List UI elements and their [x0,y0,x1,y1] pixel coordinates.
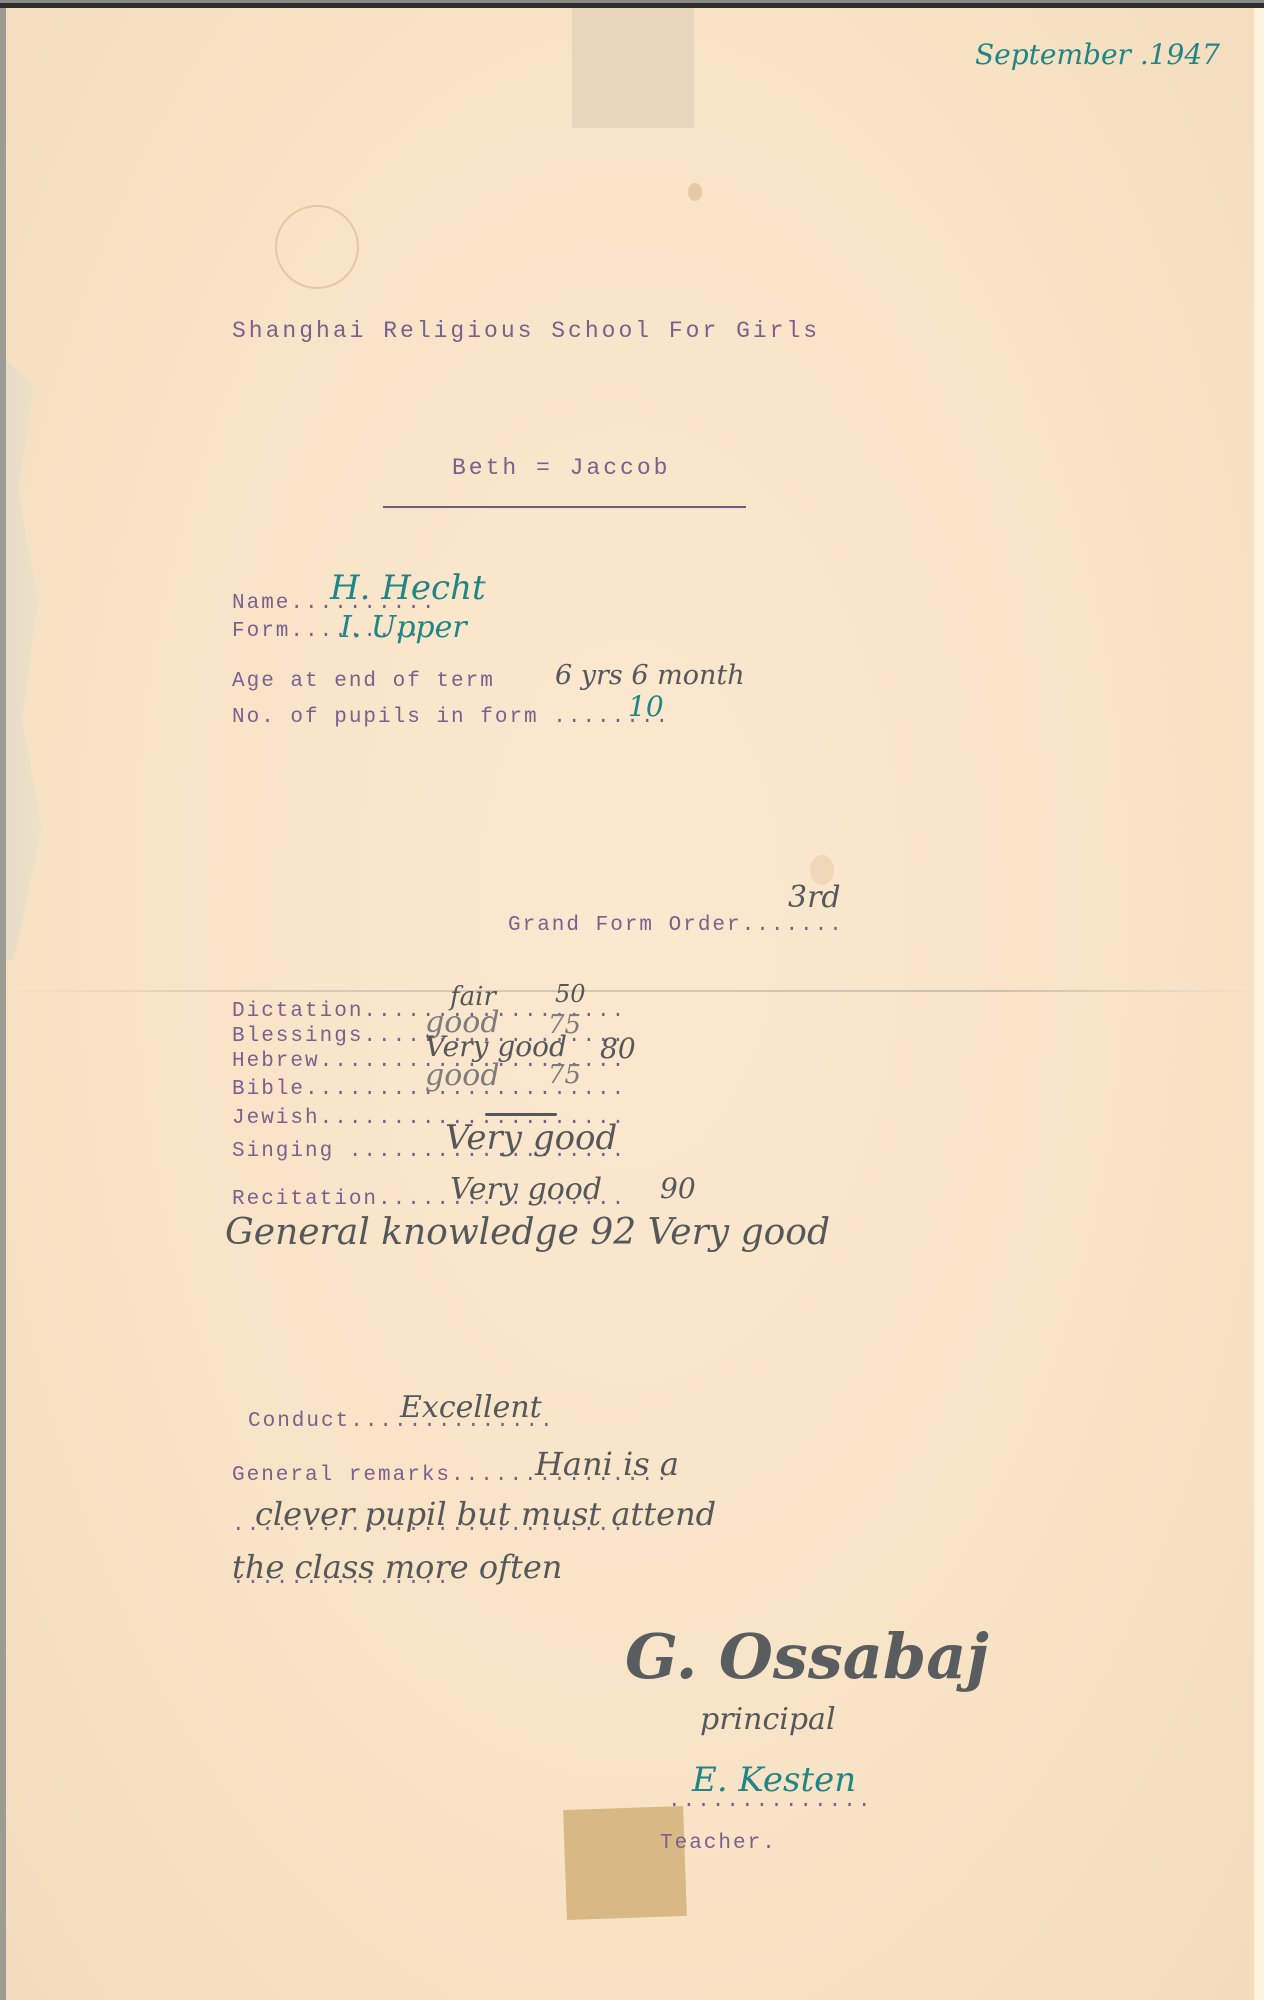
principal-title: principal [700,1702,836,1737]
subject-grade-recitation: Very good [450,1172,602,1207]
principal-signature: G. Ossabaj [625,1620,989,1693]
conduct-value: Excellent [400,1390,542,1425]
jewish-dash-mark [485,1113,557,1116]
subtitle-underline [383,506,746,508]
subject-score-dictation: 50 [555,980,586,1008]
tape-bottom [563,1806,687,1920]
age-label: Age at end of term [232,670,509,693]
name-value: H. Hecht [330,568,486,608]
teacher-dots: .............. [668,1790,872,1813]
stain-spot [688,183,702,201]
remarks-line-3: the class more often [232,1548,562,1586]
general-knowledge: General knowledge 92 Very good [225,1212,830,1253]
document-date: September .1947 [975,38,1220,71]
subject-score-recitation: 90 [660,1172,696,1205]
subject-grade-bible: good [425,1058,500,1093]
subject-score-hebrew: 80 [600,1032,636,1065]
teacher-label: Teacher. [660,1832,777,1855]
subject-grade-singing: Very good [445,1118,617,1158]
scan-right-edge [1254,8,1264,2000]
form-value: I. Upper [340,610,467,645]
stain-ring [275,205,359,289]
pupils-label: No. of pupils in form ........ [232,706,670,729]
age-value: 6 yrs 6 month [555,660,745,691]
remarks-line-2: clever pupil but must attend [255,1495,716,1533]
grand-form-order-label: Grand Form Order....... [508,914,844,937]
tape-top [572,8,694,128]
subject-score-bible: 75 [548,1060,581,1090]
scan-top-edge [0,0,1264,3]
paper-sheet [6,8,1254,2000]
fold-crease [6,990,1254,992]
grand-form-order-value: 3rd [788,880,841,915]
school-name: Shanghai Religious School For Girls [232,318,820,344]
remarks-line-1: Hani is a [535,1445,679,1483]
school-subtitle: Beth = Jaccob [452,455,670,481]
pupils-value: 10 [628,690,664,723]
